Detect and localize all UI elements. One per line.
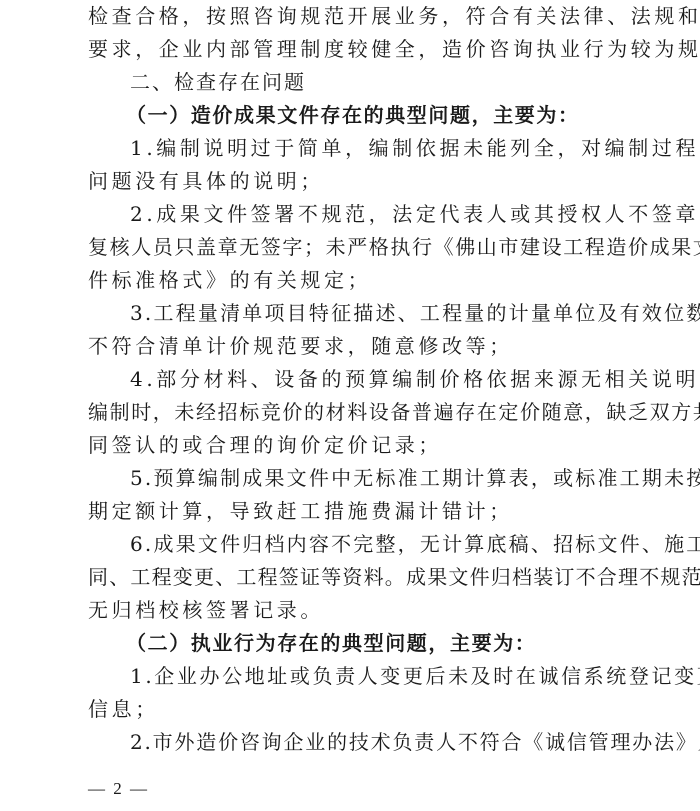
body-line: 检查合格，按照咨询规范开展业务，符合有关法律、法规和规范的 bbox=[88, 0, 700, 33]
body-line: 问题没有具体的说明； bbox=[88, 165, 324, 198]
body-line: 复核人员只盖章无签字；未严格执行《佛山市建设工程造价成果文 bbox=[88, 231, 700, 264]
body-line: 同签认的或合理的询价定价记录； bbox=[88, 429, 442, 462]
list-item-line: 1.企业办公地址或负责人变更后未及时在诚信系统登记变更 bbox=[130, 660, 700, 693]
body-line: 要求，企业内部管理制度较健全，造价咨询执业行为较为规范。 bbox=[88, 33, 700, 66]
body-line: 同、工程变更、工程签证等资料。成果文件归档装订不合理不规范， bbox=[88, 561, 700, 594]
page-number: — 2 — bbox=[88, 777, 149, 801]
list-item-line: 5.预算编制成果文件中无标准工期计算表，或标准工期未按工 bbox=[130, 462, 700, 495]
body-line: 编制时，未经招标竞价的材料设备普遍存在定价随意，缺乏双方共 bbox=[88, 396, 700, 429]
list-item-line: 1.编制说明过于简单，编制依据未能列全，对编制过程存在的 bbox=[130, 132, 700, 165]
body-line: 件标准格式》的有关规定； bbox=[88, 264, 371, 297]
list-item-line: 2.市外造价咨询企业的技术负责人不符合《诚信管理办法》人 bbox=[130, 726, 700, 759]
list-item-line: 3.工程量清单项目特征描述、工程量的计量单位及有效位数等 bbox=[130, 297, 700, 330]
list-item-line: 6.成果文件归档内容不完整，无计算底稿、招标文件、施工合 bbox=[130, 528, 700, 561]
body-line: 不符合清单计价规范要求，随意修改等； bbox=[88, 330, 513, 363]
list-item-line: 4.部分材料、设备的预算编制价格依据来源无相关说明；结算 bbox=[130, 363, 700, 396]
subsection-heading: （一）造价成果文件存在的典型问题，主要为： bbox=[126, 99, 580, 132]
list-item-line: 2.成果文件签署不规范，法定代表人或其授权人不签章，编制、 bbox=[130, 198, 700, 231]
subsection-heading: （二）执业行为存在的典型问题，主要为： bbox=[126, 627, 536, 660]
body-line: 无归档校核签署记录。 bbox=[88, 594, 324, 627]
body-line: 信息； bbox=[88, 693, 159, 726]
section-heading: 二、检查存在问题 bbox=[130, 66, 306, 99]
body-line: 期定额计算，导致赶工措施费漏计错计； bbox=[88, 495, 513, 528]
